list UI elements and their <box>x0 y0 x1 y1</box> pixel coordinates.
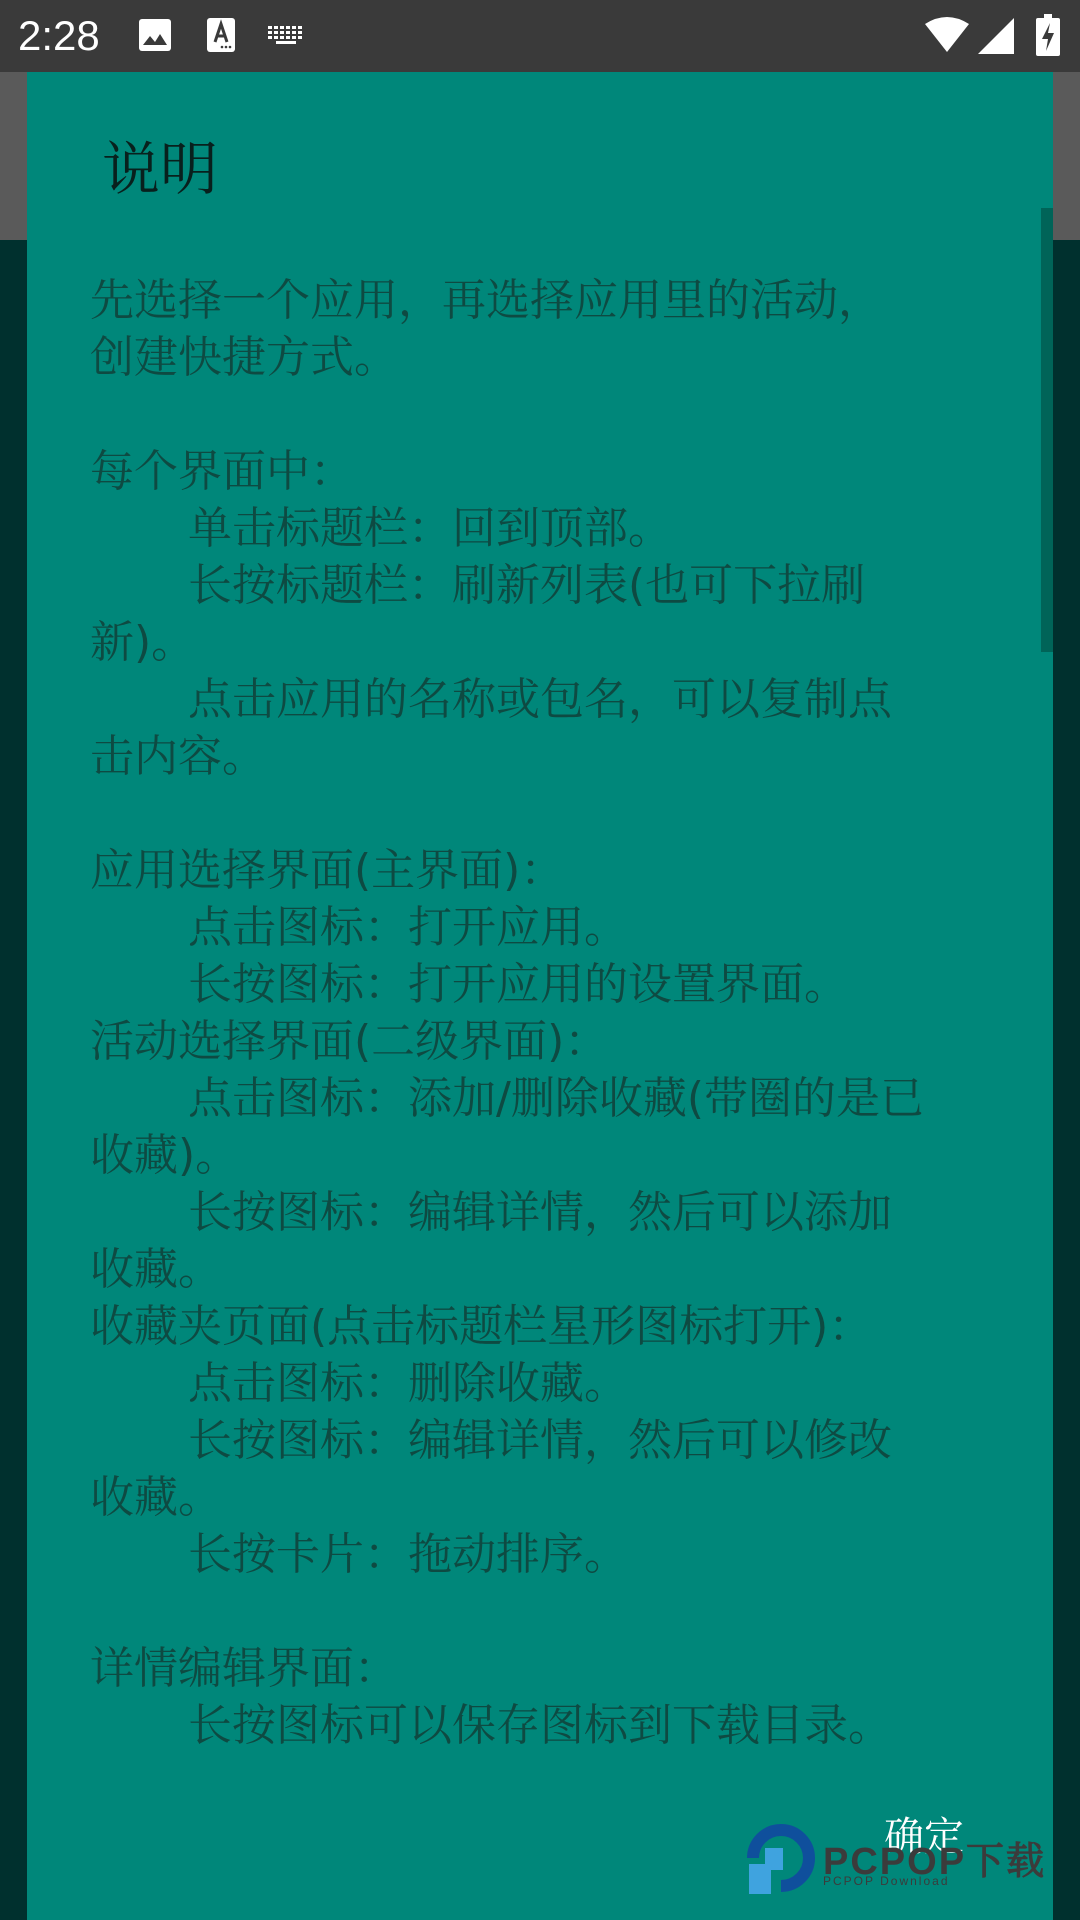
blank-line <box>90 785 1030 842</box>
message-line: 长按图标：编辑详情，然后可以修改 <box>90 1412 1030 1469</box>
scrollbar[interactable] <box>1041 208 1053 652</box>
signal-icon <box>978 18 1014 54</box>
message-line: 点击图标：添加/删除收藏(带圈的是已 <box>90 1070 1030 1127</box>
text-input-icon <box>207 18 235 52</box>
message-line: 击内容。 <box>90 728 1030 785</box>
message-line: 创建快捷方式。 <box>90 329 1030 386</box>
battery-charging-icon <box>1036 14 1060 56</box>
message-line: 点击图标：删除收藏。 <box>90 1355 1030 1412</box>
message-line: 长按卡片：拖动排序。 <box>90 1526 1030 1583</box>
status-bar: 2:28 <box>0 0 1080 72</box>
message-line: 收藏)。 <box>90 1127 1030 1184</box>
message-line: 应用选择界面(主界面)： <box>90 842 1030 899</box>
message-line: 长按标题栏：刷新列表(也可下拉刷 <box>90 557 1030 614</box>
blank-line <box>90 386 1030 443</box>
image-icon <box>138 18 172 52</box>
message-line: 收藏。 <box>90 1241 1030 1298</box>
message-line: 长按图标可以保存图标到下载目录。 <box>90 1697 1030 1754</box>
message-line: 点击图标：打开应用。 <box>90 899 1030 956</box>
dialog-message: 先选择一个应用，再选择应用里的活动，创建快捷方式。每个界面中：单击标题栏：回到顶… <box>90 272 1030 1754</box>
message-line: 详情编辑界面： <box>90 1640 1030 1697</box>
message-line: 长按图标：打开应用的设置界面。 <box>90 956 1030 1013</box>
message-line: 新)。 <box>90 614 1030 671</box>
message-line: 收藏。 <box>90 1469 1030 1526</box>
keyboard-icon <box>268 26 306 46</box>
blank-line <box>90 1583 1030 1640</box>
message-line: 单击标题栏：回到顶部。 <box>90 500 1030 557</box>
dialog-title: 说明 <box>102 134 218 204</box>
instructions-dialog: 说明 先选择一个应用，再选择应用里的活动，创建快捷方式。每个界面中：单击标题栏：… <box>27 72 1053 1920</box>
message-line: 点击应用的名称或包名，可以复制点 <box>90 671 1030 728</box>
message-line: 先选择一个应用，再选择应用里的活动， <box>90 272 1030 329</box>
message-line: 每个界面中： <box>90 443 1030 500</box>
wifi-icon <box>924 16 970 54</box>
message-line: 收藏夹页面(点击标题栏星形图标打开)： <box>90 1298 1030 1355</box>
message-line: 长按图标：编辑详情，然后可以添加 <box>90 1184 1030 1241</box>
status-time: 2:28 <box>18 12 100 60</box>
message-line: 活动选择界面(二级界面)： <box>90 1013 1030 1070</box>
ok-button[interactable]: 确定 <box>880 1812 968 1862</box>
